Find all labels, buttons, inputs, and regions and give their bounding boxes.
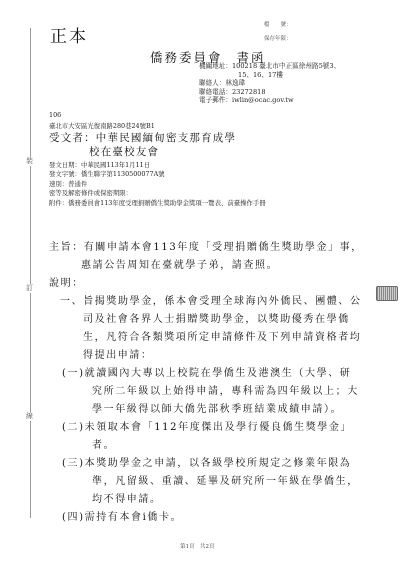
sender-info: 機關地址：100218 臺北市中正區徐州路5號3、 15、16、17樓 聯絡人：…	[199, 62, 340, 105]
page-number: 第1頁 共2頁	[180, 542, 215, 550]
item1-line1: 一、旨揭獎助學金，係本會受理全球海內外僑民、團體、公	[60, 292, 362, 307]
copy-type: 正本	[50, 22, 88, 47]
sub1-line1: (一)就讀國內大專以上校院在學僑生及港澳生（大學、研	[62, 364, 351, 379]
sub3-line2: 準，凡留級、重讀、延畢及研究所一年級在學僑生，	[92, 472, 359, 487]
sub2-line1: (二)未領取本會「112年度傑出及學行優良僑生獎學金」	[62, 418, 352, 433]
margin-mark-ding: 訂	[26, 284, 33, 293]
recipient-address: 臺北市大安區光復南路280巷24號B1	[49, 121, 155, 130]
issue-info: 發文日期：中華民國113年1月11日 發文字號：僑生聯字第1130500077A…	[49, 161, 266, 208]
sender-address-line2: 15、16、17樓	[199, 71, 340, 80]
item1-line2: 司及社會各界人士捐贈獎助學金，以獎助優秀在學僑	[83, 310, 350, 325]
sub3-line1: (三)本獎助學金之申請，以各級學校所規定之修業年限為	[62, 454, 351, 469]
recipient-postal-code: 106	[49, 111, 61, 119]
subject-line1: 主旨：有關申請本會113年度「受理捐贈僑生獎助學金」事，	[49, 238, 363, 253]
recipient-line1: 受文者：中華民國緬甸密支那育成學	[49, 130, 236, 145]
issue-attachment: 附件：僑務委員會113年度受理捐贈僑生獎助學金獎項一覽表、前臺操作手冊	[49, 199, 266, 208]
explanation-label: 說明：	[49, 274, 84, 289]
issue-security: 密等及解密條件或保密期限：	[49, 189, 266, 198]
binding-line	[30, 28, 31, 518]
sender-contact: 聯絡人：林逸瑋	[199, 79, 340, 88]
sender-email: 電子郵件：iwlin@ocac.gov.tw	[199, 96, 340, 105]
retention-label: 保存年限：	[264, 34, 292, 42]
subject-line2: 惠請公告周知在臺就學子弟，請查照。	[81, 256, 278, 271]
file-no-label: 檔 號：	[264, 20, 292, 28]
sender-address-line1: 機關地址：100218 臺北市中正區徐州路5號3、	[199, 62, 340, 71]
seal-stamp-icon	[376, 286, 398, 301]
sub2-line2: 者。	[92, 436, 115, 451]
margin-mark-xian: 線	[26, 412, 33, 421]
item1-line4: 得提出申請：	[83, 346, 153, 361]
issue-date: 發文日期：中華民國113年1月11日	[49, 161, 266, 170]
sub4-line1: (四)需持有本會i僑卡。	[62, 508, 182, 523]
margin-mark-zhuang: 裝	[26, 157, 33, 166]
item1-line3: 生，凡符合各類獎項所定申請條件及下列申請資格者均	[83, 328, 361, 343]
issue-speed: 速別：普通件	[49, 180, 266, 189]
recipient-line2: 校在臺校友會	[89, 144, 159, 159]
sub1-line2: 究所二年級以上始得申請，專科需為四年級以上；大	[92, 382, 359, 397]
issue-number: 發文字號：僑生聯字第1130500077A號	[49, 170, 266, 179]
sub1-line3: 學一年級得以師大僑先部秋季班結業成績申請）。	[92, 400, 342, 415]
sub3-line3: 均不得申請。	[92, 490, 162, 505]
